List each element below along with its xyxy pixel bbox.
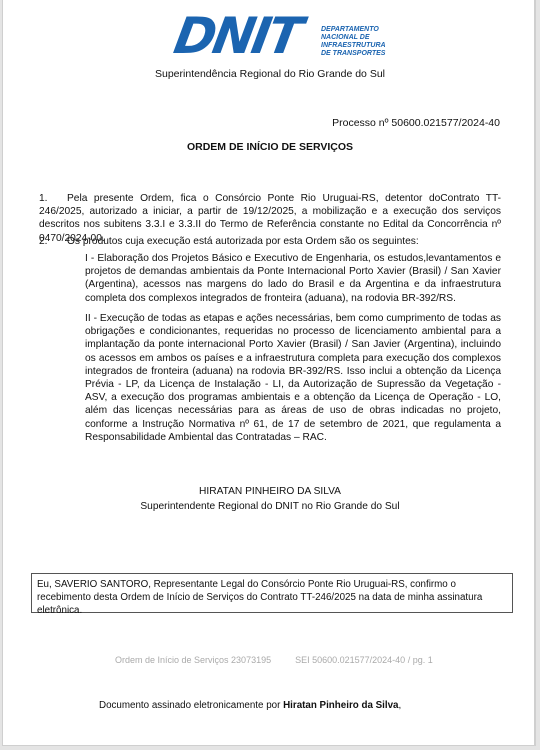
logo-acronym: DNIT bbox=[170, 6, 305, 66]
receipt-confirmation-box: Eu, SAVERIO SANTORO, Representante Legal… bbox=[31, 573, 513, 613]
paragraph-text: Os produtos cuja execução está autorizad… bbox=[67, 236, 419, 247]
footer-doc-label: Ordem de Início de Serviços 23073195 bbox=[115, 655, 271, 665]
logo-subtitle: Departamento Nacional de Infraestrutura … bbox=[321, 26, 386, 58]
electronic-signature-line: Documento assinado eletronicamente por H… bbox=[99, 700, 401, 711]
paragraph-2: 2.Os produtos cuja execução está autoriz… bbox=[39, 235, 501, 248]
document-page: DNIT Departamento Nacional de Infraestru… bbox=[2, 0, 536, 746]
confirmation-text: Eu, SAVERIO SANTORO, Representante Legal… bbox=[37, 579, 482, 616]
signatory-name: HIRATAN PINHEIRO DA SILVA bbox=[3, 486, 537, 497]
paragraph-number: 2. bbox=[39, 235, 67, 248]
processo-number: Processo nº 50600.021577/2024-40 bbox=[332, 117, 500, 129]
dnit-logo: DNIT Departamento Nacional de Infraestru… bbox=[175, 12, 385, 62]
list-item: II - Execução de todas as etapas e ações… bbox=[85, 312, 501, 444]
superintendencia-heading: Superintendência Regional do Rio Grande … bbox=[3, 68, 537, 80]
signatory-role: Superintendente Regional do DNIT no Rio … bbox=[3, 501, 537, 512]
document-title: ORDEM DE INÍCIO DE SERVIÇOS bbox=[3, 141, 537, 153]
paragraph-number: 1. bbox=[39, 192, 67, 205]
footer-sei-ref: SEI 50600.021577/2024-40 / pg. 1 bbox=[295, 655, 433, 665]
signer-name: Hiratan Pinheiro da Silva bbox=[283, 700, 398, 711]
page-footer: Ordem de Início de Serviços 23073195SEI … bbox=[115, 655, 433, 665]
list-item: I - Elaboração dos Projetos Básico e Exe… bbox=[85, 252, 501, 305]
